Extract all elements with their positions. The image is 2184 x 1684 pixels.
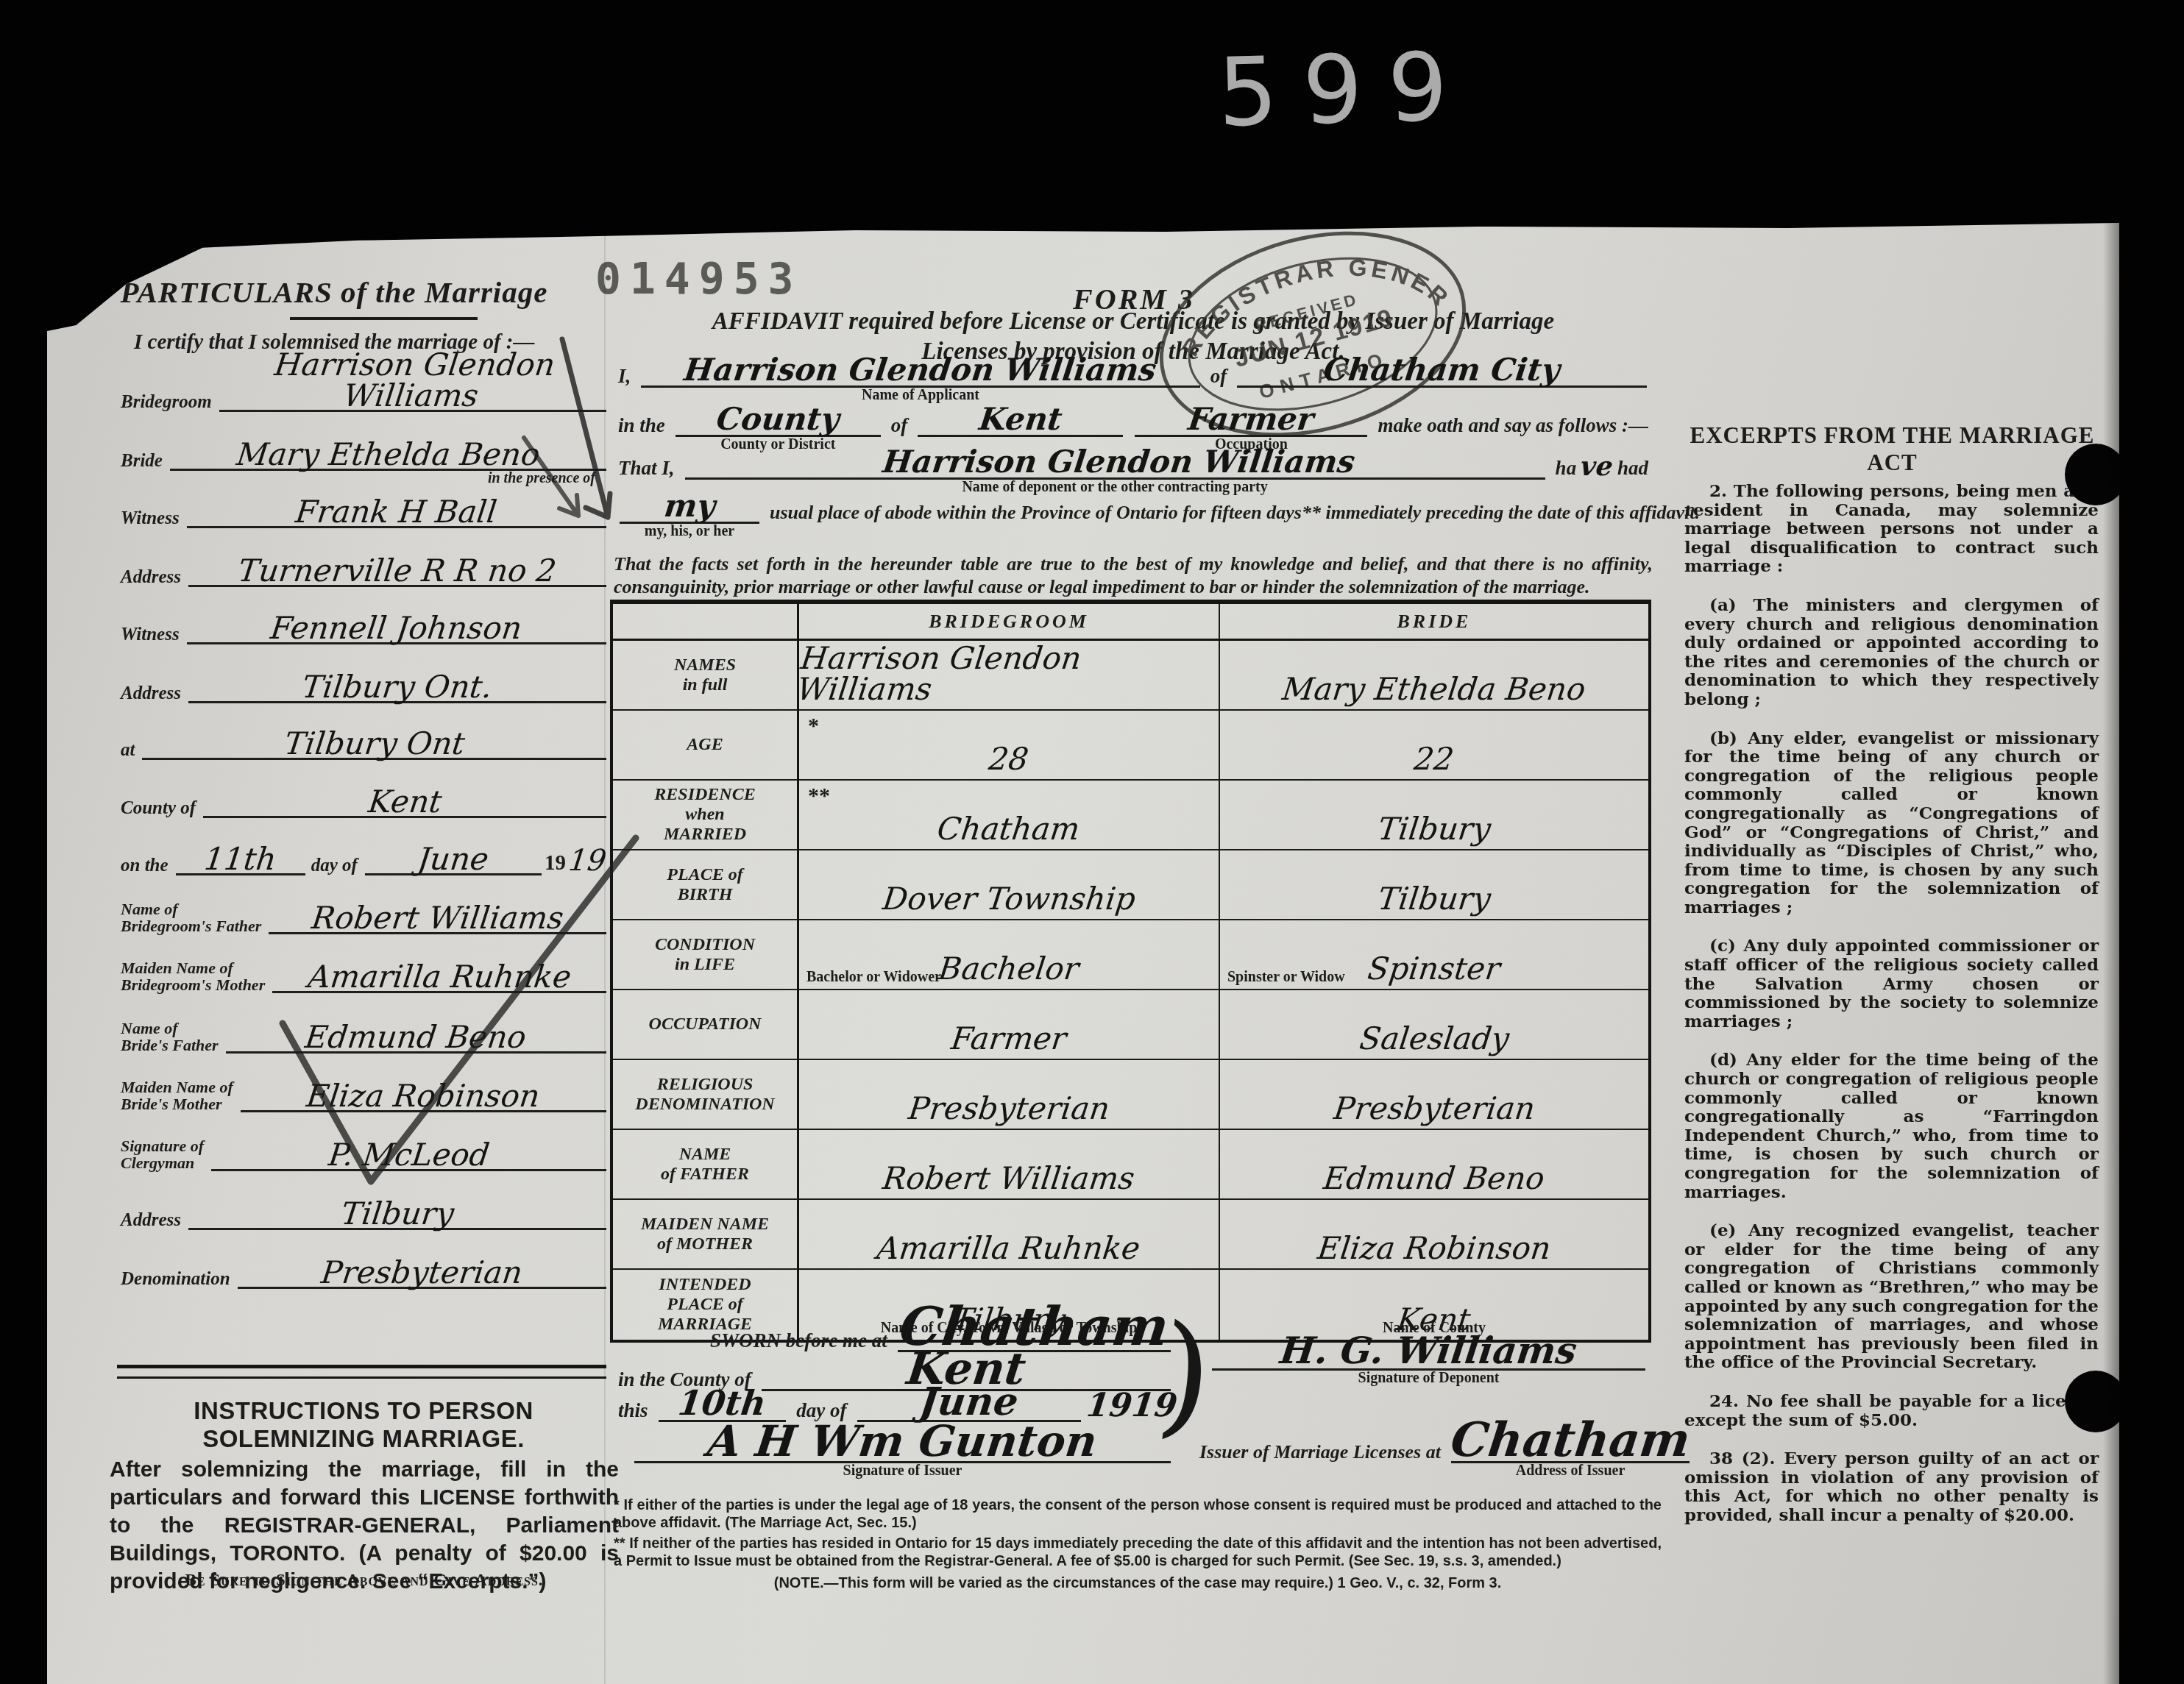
handwritten-groom-birthplace: Dover Township: [881, 884, 1137, 914]
field-groom-father: Name of Bridegroom's Father Robert Willi…: [121, 890, 606, 934]
handwritten-county-name: Kent: [977, 404, 1063, 435]
printed-of: of: [1206, 365, 1232, 388]
handwritten-bride-birthplace: Tilbury: [1376, 884, 1492, 914]
printed-make-oath: make oath and say as follows :—: [1373, 414, 1653, 437]
handwritten-groom-condition: Bachelor: [937, 953, 1080, 984]
row-label: RESIDENCE when MARRIED: [613, 781, 799, 850]
handwritten-value: Presbyterian: [319, 1257, 524, 1288]
handwritten-value: P. McLeod: [327, 1140, 491, 1170]
handwritten-deponent-name: Harrison Glendon Williams: [873, 447, 1356, 477]
groom-cell: Robert Williams: [799, 1130, 1220, 1200]
field-line: P. McLeod: [211, 1140, 606, 1171]
signature-of-issuer-label: Signature of Issuer: [843, 1463, 962, 1479]
document-paper: PARTICULARS of the Marriage I certify th…: [47, 223, 2119, 1684]
table-row-names: NAMES in full Harrison Glendon Williams …: [613, 641, 1648, 711]
handwritten-groom-father: Robert Williams: [882, 1163, 1137, 1194]
field-line: Kent: [203, 786, 606, 818]
excerpt-para-24: 24. No fee shall be payable for a licens…: [1684, 1392, 2099, 1429]
handwritten-value: Mary Ethelda Beno: [235, 439, 542, 470]
asterisk-mark: *: [808, 714, 819, 739]
excerpts-body: 2. The following persons, being men and …: [1684, 482, 2099, 1545]
handwritten-bride-father: Edmund Beno: [1322, 1163, 1547, 1194]
facts-paragraph: That the facts set forth in the hereunde…: [614, 553, 1653, 598]
instructions-title: INSTRUCTIONS TO PERSON SOLEMNIZING MARRI…: [110, 1397, 617, 1453]
handwritten-value: Tilbury Ont: [283, 728, 467, 759]
handwritten-year: 19: [567, 846, 609, 875]
handwritten-sworn-day: 10th: [676, 1386, 767, 1420]
field-line: Presbyterian: [238, 1257, 606, 1289]
handwritten-value: Kent: [366, 786, 443, 817]
abode-line: my my, his, or her usual place of abode …: [614, 491, 1653, 524]
handwritten-month: June: [416, 844, 491, 875]
bride-cell: 22: [1220, 711, 1648, 781]
field-label: Bridegroom: [121, 393, 219, 412]
field-label: Address: [121, 684, 188, 703]
handwritten-applicant-name: Harrison Glendon Williams: [683, 355, 1158, 386]
excerpts-title: EXCERPTS FROM THE MARRIAGE ACT: [1684, 422, 2100, 476]
table-row-mother: MAIDEN NAME of MOTHER Amarilla Ruhnke El…: [613, 1200, 1648, 1270]
issuer-signature: A H Wm Gunton: [706, 1420, 1100, 1463]
issuer-of-licenses-label: Issuer of Marriage Licenses at: [1195, 1441, 1445, 1463]
printed-that-i: That I,: [614, 457, 679, 480]
handwritten-value: Tilbury Ont.: [301, 672, 494, 703]
applicant-place-blank: Chatham City: [1237, 355, 1647, 388]
field-label: Maiden Name of Bride's Mother: [121, 1079, 241, 1112]
bride-header: BRIDE: [1220, 604, 1648, 641]
table-row-age: AGE *28 22: [613, 711, 1648, 781]
row-label: OCCUPATION: [613, 990, 799, 1060]
applicant-name-blank: Harrison Glendon Williams Name of Applic…: [641, 355, 1199, 388]
table-row-occupation: OCCUPATION Farmer Saleslady: [613, 990, 1648, 1060]
field-denomination: Denomination Presbyterian: [121, 1245, 606, 1289]
issuer-address-value: Chatham: [1448, 1417, 1692, 1464]
empty-header-cell: [613, 604, 799, 641]
field-label: Bride: [121, 452, 170, 471]
handwritten-value: Robert Williams: [310, 903, 565, 934]
excerpt-para-a: (a) The ministers and clergymen of every…: [1684, 596, 2099, 709]
bachelor-widower-note: Bachelor or Widower: [806, 969, 941, 986]
field-label: Witness: [121, 625, 187, 644]
handwritten-groom-residence: Chatham: [936, 814, 1082, 845]
issuer-address-blank: Chatham Address of Issuer: [1451, 1417, 1690, 1463]
field-witness-1: Witness Frank H Ball: [121, 484, 606, 528]
bride-cell: Tilbury: [1220, 781, 1648, 850]
field-line: Amarilla Ruhnke: [272, 962, 606, 993]
paper-edge-shadow: [2103, 223, 2119, 1684]
issuer-address-row: Issuer of Marriage Licenses at Chatham A…: [1195, 1425, 1653, 1463]
handwritten-my: my: [662, 491, 717, 522]
field-address-1: Address Turnerville R R no 2: [121, 543, 606, 587]
field-line: Edmund Beno: [226, 1022, 606, 1054]
bride-cell: Mary Ethelda Beno: [1220, 641, 1648, 711]
footnote-form-note: (NOTE.—This form will be varied as the c…: [614, 1575, 1662, 1593]
handwritten-bride-residence: Tilbury: [1376, 814, 1492, 845]
instructions-footer: Be Sure to Sign the Above and Give Addre…: [110, 1571, 619, 1590]
paper-fold-line: [604, 223, 606, 1684]
spinster-widow-note: Spinster or Widow: [1227, 969, 1345, 986]
signature-of-deponent-label: Signature of Deponent: [1358, 1370, 1500, 1387]
applicant-line: I, Harrison Glendon Williams Name of App…: [614, 354, 1653, 388]
table-row-residence: RESIDENCE when MARRIED **Chatham Tilbury: [613, 781, 1648, 850]
groom-cell: Farmer: [799, 990, 1220, 1060]
handwritten-groom-name: Harrison Glendon Williams: [795, 643, 1222, 705]
field-label: County of: [121, 799, 203, 818]
deponent-signature: H. G. Williams: [1278, 1332, 1579, 1369]
table-row-birthplace: PLACE of BIRTH Dover Township Tilbury: [613, 850, 1648, 920]
field-address-2: Address Tilbury Ont.: [121, 659, 606, 703]
deponent-signature-row: H. G. Williams Signature of Deponent: [1206, 1332, 1651, 1371]
handwritten-bride-mother: Eliza Robinson: [1316, 1233, 1552, 1264]
issuer-signature-blank: A H Wm Gunton Signature of Issuer: [634, 1420, 1171, 1463]
row-label: RELIGIOUS DENOMINATION: [613, 1060, 799, 1130]
field-line: Mary Ethelda Beno in the presence of: [170, 439, 606, 471]
excerpt-para-38: 38 (2). Every person guilty of an act or…: [1684, 1449, 2099, 1524]
bride-cell: Edmund Beno: [1220, 1130, 1648, 1200]
bride-cell: SpinsterSpinster or Widow: [1220, 920, 1648, 990]
table-header-row: BRIDEGROOM BRIDE: [613, 604, 1648, 641]
field-clergy-address: Address Tilbury: [121, 1186, 606, 1230]
name-of-applicant-label: Name of Applicant: [862, 387, 979, 404]
film-frame-number: 599: [1216, 32, 1474, 148]
handwritten-value: Frank H Ball: [294, 497, 499, 527]
field-label: Witness: [121, 509, 187, 528]
month-line: June: [365, 844, 542, 875]
field-line: Harrison Glendon Williams: [219, 349, 606, 412]
field-marriage-date: on the 11th day of June 19 19: [121, 831, 606, 875]
bridegroom-header: BRIDEGROOM: [799, 604, 1220, 641]
handwritten-bride-religion: Presbyterian: [1332, 1093, 1536, 1124]
handwritten-county-word: County: [715, 404, 841, 435]
handwritten-value: Tilbury: [339, 1198, 455, 1229]
field-county-of: County of Kent: [121, 774, 606, 818]
deponent-line: That I, Harrison Glendon Williams Name o…: [614, 446, 1653, 480]
handwritten-occupation: Farmer: [1187, 404, 1316, 435]
printed-year-prefix: 19: [542, 851, 569, 875]
handwritten-bride-occupation: Saleslady: [1358, 1023, 1511, 1054]
field-bride-father: Name of Bride's Father Edmund Beno: [121, 1009, 606, 1054]
field-line: Frank H Ball: [187, 497, 606, 528]
field-line: Tilbury Ont.: [188, 672, 606, 703]
handwritten-value: Turnerville R R no 2: [237, 555, 559, 586]
excerpt-para-c: (c) Any duly appointed commissioner or s…: [1684, 937, 2099, 1031]
field-line: Turnerville R R no 2: [188, 555, 606, 587]
field-line: Eliza Robinson: [241, 1081, 606, 1112]
handwritten-bride-condition: Spinster: [1366, 953, 1503, 984]
day-of-label: day of: [305, 856, 365, 875]
field-label: Maiden Name of Bridegroom's Mother: [121, 959, 272, 993]
field-label: Name of Bride's Father: [121, 1020, 226, 1054]
day-line: 11th: [176, 844, 305, 875]
abode-printed-text: usual place of abode within the Province…: [765, 502, 1704, 524]
field-label: at: [121, 741, 142, 760]
printed-had: had: [1613, 457, 1653, 480]
field-label: Signature of Clergyman: [121, 1137, 211, 1171]
bride-cell: Tilbury: [1220, 850, 1648, 920]
field-line: Tilbury Ont: [142, 728, 606, 760]
deponent-signature-blank: H. G. Williams Signature of Deponent: [1212, 1332, 1645, 1371]
handwritten-groom-occupation: Farmer: [949, 1023, 1068, 1054]
printed-i: I,: [614, 365, 635, 388]
field-label: Address: [121, 568, 188, 587]
excerpt-para-2: 2. The following persons, being men and …: [1684, 482, 2099, 576]
particulars-title: PARTICULARS of the Marriage: [91, 274, 577, 310]
county-name-blank: Kent: [918, 404, 1123, 437]
groom-cell: BachelorBachelor or Widower: [799, 920, 1220, 990]
handwritten-value: Fennell Johnson: [269, 613, 524, 644]
field-label: on the: [121, 856, 176, 875]
county-line: in the County County or District of Kent…: [614, 403, 1653, 437]
field-label: Denomination: [121, 1270, 238, 1289]
printed-in-the: in the: [614, 414, 670, 437]
row-label: MAIDEN NAME of MOTHER: [613, 1200, 799, 1270]
double-asterisk-mark: **: [808, 784, 830, 809]
field-line: Tilbury: [188, 1198, 606, 1230]
groom-cell: Harrison Glendon Williams: [799, 641, 1220, 711]
row-label: PLACE of BIRTH: [613, 850, 799, 920]
county-blank: County County or District: [676, 404, 881, 437]
field-bride: Bride Mary Ethelda Beno in the presence …: [121, 427, 606, 471]
bride-cell: Presbyterian: [1220, 1060, 1648, 1130]
field-label: Address: [121, 1211, 188, 1230]
handwritten-value: Edmund Beno: [304, 1022, 528, 1053]
printed-ha: ha: [1551, 457, 1581, 480]
handwritten-applicant-place: Chatham City: [1322, 355, 1562, 386]
title-rule: [290, 317, 478, 320]
bridegroom-bride-table: BRIDEGROOM BRIDE NAMES in full Harrison …: [610, 600, 1651, 1343]
field-line: Fennell Johnson: [187, 613, 606, 644]
field-groom-mother: Maiden Name of Bridegroom's Mother Amari…: [121, 949, 606, 993]
field-label: Name of Bridegroom's Father: [121, 900, 269, 934]
groom-cell: Amarilla Ruhnke: [799, 1200, 1220, 1270]
printed-of: of: [887, 414, 912, 437]
groom-cell: Dover Township: [799, 850, 1220, 920]
excerpt-para-d: (d) Any elder for the time being of the …: [1684, 1051, 2099, 1201]
handwritten-bride-age: 22: [1413, 744, 1456, 775]
deponent-name-blank: Harrison Glendon Williams Name of depone…: [685, 447, 1545, 480]
handwritten-value: Eliza Robinson: [305, 1081, 542, 1112]
row-label: CONDITION in LIFE: [613, 920, 799, 990]
table-row-father: NAME of FATHER Robert Williams Edmund Be…: [613, 1130, 1648, 1200]
handwritten-groom-religion: Presbyterian: [907, 1093, 1111, 1124]
excerpt-para-e: (e) Any recognized evangelist, teacher o…: [1684, 1221, 2099, 1372]
bride-cell: Saleslady: [1220, 990, 1648, 1060]
row-label: AGE: [613, 711, 799, 781]
issuer-signature-row: A H Wm Gunton Signature of Issuer: [628, 1422, 1177, 1463]
handwritten-value: Harrison Glendon Williams: [215, 349, 610, 411]
printed-this: this: [614, 1399, 653, 1422]
bride-cell: Eliza Robinson: [1220, 1200, 1648, 1270]
table-row-religion: RELIGIOUS DENOMINATION Presbyterian Pres…: [613, 1060, 1648, 1130]
my-his-her-label: my, his, or her: [645, 523, 734, 540]
field-clergyman-signature: Signature of Clergyman P. McLeod: [121, 1127, 606, 1171]
serial-number-stamp: 014953: [595, 254, 803, 304]
groom-cell: *28: [799, 711, 1220, 781]
groom-cell: **Chatham: [799, 781, 1220, 850]
occupation-blank: Farmer Occupation: [1135, 404, 1367, 437]
field-line: Robert Williams: [269, 903, 606, 934]
field-at: at Tilbury Ont: [121, 716, 606, 760]
field-witness-2: Witness Fennell Johnson: [121, 600, 606, 644]
footnote-residence: ** If neither of the parties has resided…: [614, 1535, 1662, 1570]
section-divider-rule: [117, 1365, 606, 1379]
excerpt-para-b: (b) Any elder, evangelist or missionary …: [1684, 729, 2099, 917]
groom-cell: Presbyterian: [799, 1060, 1220, 1130]
handwritten-value: Amarilla Ruhnke: [306, 962, 572, 992]
handwritten-day: 11th: [202, 844, 278, 875]
my-blank: my my, his, or her: [620, 491, 759, 524]
field-bridegroom: Bridegroom Harrison Glendon Williams: [121, 368, 606, 412]
table-row-condition: CONDITION in LIFE BachelorBachelor or Wi…: [613, 920, 1648, 990]
footnote-consent: * If either of the parties is under the …: [614, 1497, 1662, 1532]
handwritten-ve: ve: [1579, 453, 1614, 480]
field-bride-mother: Maiden Name of Bride's Mother Eliza Robi…: [121, 1068, 606, 1112]
handwritten-groom-age: 28: [988, 744, 1031, 775]
handwritten-groom-mother: Amarilla Ruhnke: [876, 1233, 1142, 1264]
row-label: NAME of FATHER: [613, 1130, 799, 1200]
handwritten-bride-name: Mary Ethelda Beno: [1281, 674, 1588, 705]
row-label: NAMES in full: [613, 641, 799, 711]
address-of-issuer-label: Address of Issuer: [1516, 1463, 1625, 1479]
scanned-marriage-affidavit: 599 PARTICULARS of the Marriage I certif…: [0, 0, 2184, 1684]
